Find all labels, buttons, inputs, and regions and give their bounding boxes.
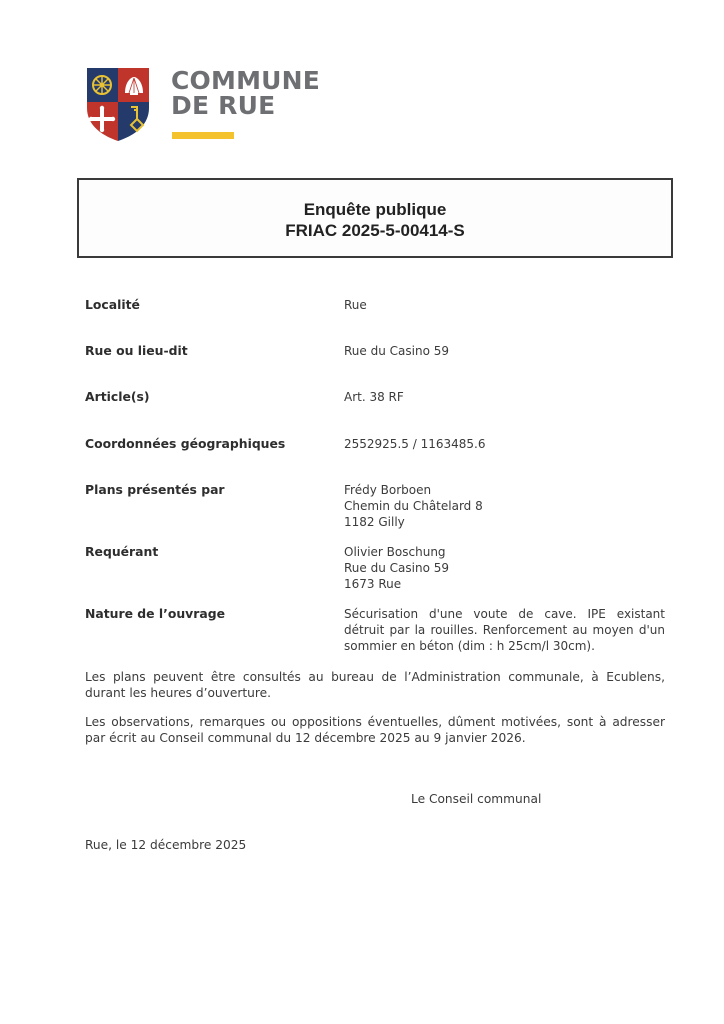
field-value: 2552925.5 / 1163485.6 bbox=[344, 436, 665, 452]
observations-paragraph: Les observations, remarques ou oppositio… bbox=[85, 714, 665, 746]
field-label: Rue ou lieu-dit bbox=[85, 343, 188, 359]
place-date: Rue, le 12 décembre 2025 bbox=[85, 838, 246, 852]
field-label: Localité bbox=[85, 297, 140, 313]
field-label: Article(s) bbox=[85, 389, 150, 405]
field-value: Rue bbox=[344, 297, 665, 313]
consultation-paragraph: Les plans peuvent être consultés au bure… bbox=[85, 669, 665, 701]
dossier-reference: FRIAC 2025-5-00414-S bbox=[79, 220, 671, 241]
field-label: Plans présentés par bbox=[85, 482, 225, 498]
field-value: Rue du Casino 59 bbox=[344, 343, 665, 359]
commune-logo: COMMUNE DE RUE bbox=[85, 66, 335, 146]
field-value: Olivier Boschung Rue du Casino 59 1673 R… bbox=[344, 544, 665, 592]
coat-of-arms-icon bbox=[85, 66, 151, 142]
signature: Le Conseil communal bbox=[411, 792, 541, 806]
field-value: Frédy Borboen Chemin du Châtelard 8 1182… bbox=[344, 482, 665, 530]
document-title: Enquête publique bbox=[79, 199, 671, 220]
wheel-icon bbox=[93, 76, 111, 94]
brand-line-2: DE RUE bbox=[171, 93, 320, 118]
field-value: Sécurisation d'une voute de cave. IPE ex… bbox=[344, 606, 665, 654]
field-label: Coordonnées géographiques bbox=[85, 436, 285, 452]
field-label: Requérant bbox=[85, 544, 158, 560]
title-box: Enquête publique FRIAC 2025-5-00414-S bbox=[77, 178, 673, 258]
field-value: Art. 38 RF bbox=[344, 389, 665, 405]
field-label: Nature de l’ouvrage bbox=[85, 606, 225, 622]
accent-bar bbox=[172, 132, 234, 139]
commune-name: COMMUNE DE RUE bbox=[171, 68, 320, 118]
brand-line-1: COMMUNE bbox=[171, 68, 320, 93]
